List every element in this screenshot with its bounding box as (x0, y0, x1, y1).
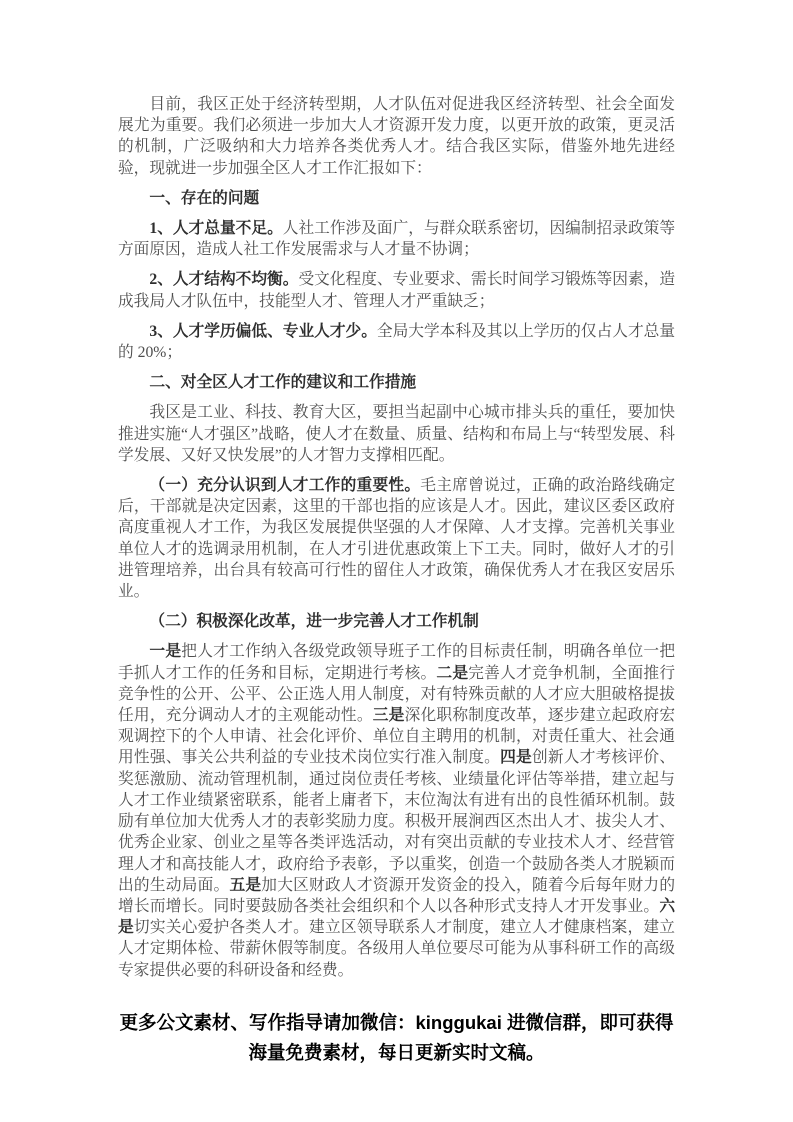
bold-run: 3、人才学历偏低、专业人才少。 (149, 323, 377, 340)
bold-run: 一、存在的问题 (149, 190, 259, 207)
problem-3-paragraph: 3、人才学历偏低、专业人才少。全局大学本科及其以上学历的仅占人才总量的 20%； (118, 321, 675, 363)
measures-paragraph: 一是把人才工作纳入各级党政领导班子工作的目标责任制，明确各单位一把手抓人才工作的… (118, 641, 675, 980)
section-1-heading: 一、存在的问题 (118, 188, 675, 209)
bold-run: 二是 (436, 665, 468, 682)
bold-run: 二、对全区人才工作的建议和工作措施 (149, 374, 416, 391)
document-content: 目前，我区正处于经济转型期，人才队伍对促进我区经济转型、社会全面发展尤为重要。我… (118, 94, 675, 1068)
problem-2-paragraph: 2、人才结构不均衡。受文化程度、专业要求、需长时间学习锻炼等因素，造成我局人才队… (118, 269, 675, 311)
text-run: 目前，我区正处于经济转型期，人才队伍对促进我区经济转型、社会全面发展尤为重要。我… (118, 96, 675, 177)
paragraph-container: 目前，我区正处于经济转型期，人才队伍对促进我区经济转型、社会全面发展尤为重要。我… (118, 94, 675, 981)
text-run: 我区是工业、科技、教育大区，要担当起副中心城市排头兵的重任，要加快推进实施“人才… (118, 404, 675, 463)
bold-run: 1、人才总量不足。 (149, 220, 282, 237)
bold-run: 三是 (373, 707, 405, 724)
promo-footer-text: 更多公文素材、写作指导请加微信：kinggukai 进微信群，即可获得海量免费素… (118, 1008, 675, 1068)
text-run: 创新人才考核评价、奖惩激励、流动管理机制，通过岗位责任考核、业绩量化评估等举措，… (118, 749, 675, 893)
problem-1-paragraph: 1、人才总量不足。人社工作涉及面广，与群众联系密切，因编制招录政策等方面原因，造… (118, 218, 675, 260)
section-2-heading: 二、对全区人才工作的建议和工作措施 (118, 372, 675, 393)
bold-run: （一）充分认识到人才工作的重要性。 (149, 477, 420, 494)
bold-run: 四是 (500, 749, 532, 766)
suggestion-2-heading: （二）积极深化改革，进一步完善人才工作机制 (118, 611, 675, 632)
suggestion-1-paragraph: （一）充分认识到人才工作的重要性。毛主席曾说过，正确的政治路线确定后，干部就是决… (118, 475, 675, 602)
bold-run: （二）积极深化改革，进一步完善人才工作机制 (149, 613, 478, 630)
document-page: 目前，我区正处于经济转型期，人才队伍对促进我区经济转型、社会全面发展尤为重要。我… (0, 0, 793, 1122)
intro-paragraph: 目前，我区正处于经济转型期，人才队伍对促进我区经济转型、社会全面发展尤为重要。我… (118, 94, 675, 179)
text-run: 切实关心爱护各类人才。建立区领导联系人才制度，建立人才健康档案，建立人才定期体检… (118, 919, 675, 978)
section-2-intro-paragraph: 我区是工业、科技、教育大区，要担当起副中心城市排头兵的重任，要加快推进实施“人才… (118, 402, 675, 466)
bold-run: 五是 (229, 877, 261, 894)
bold-run: 2、人才结构不均衡。 (149, 271, 298, 288)
bold-run: 一是 (149, 643, 181, 660)
text-run: 毛主席曾说过，正确的政治路线确定后，干部就是决定因素，这里的干部也指的应该是人才… (118, 477, 675, 600)
